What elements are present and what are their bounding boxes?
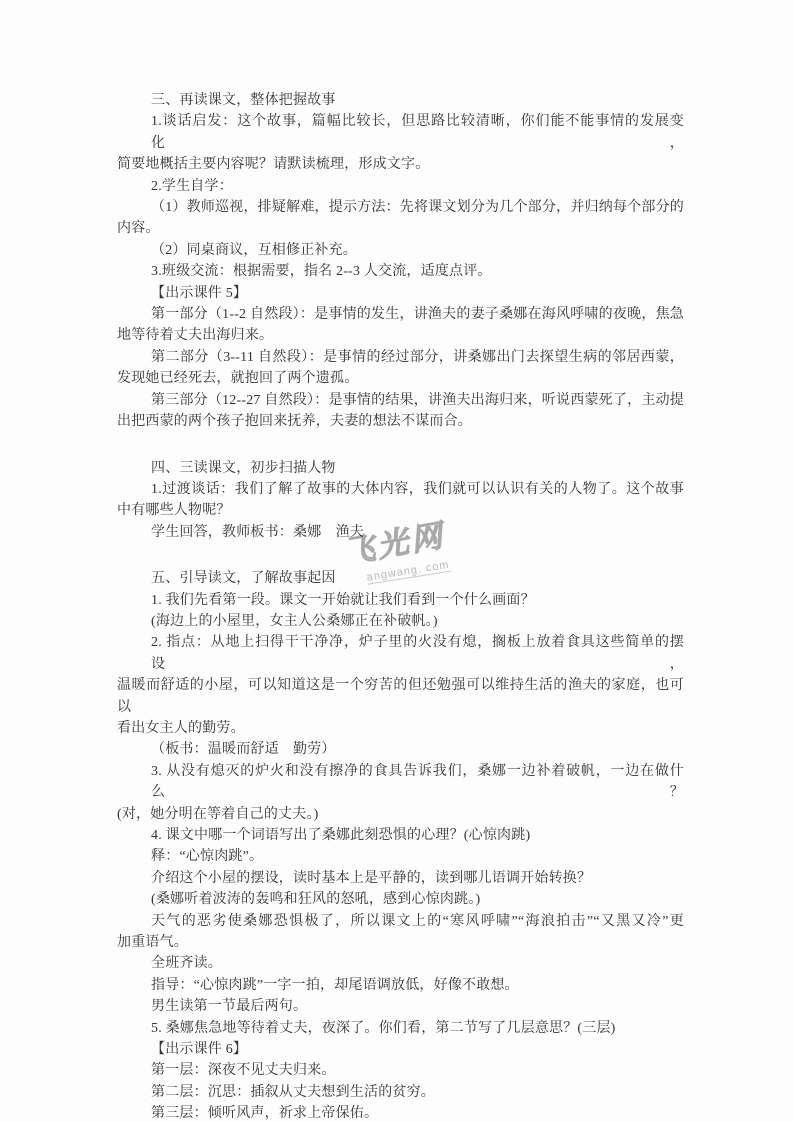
text-line: 简要地概括主要内容呢？请默读梳理，形成文字。 [117,154,684,175]
text-line: 内容。 [117,218,684,239]
text-line: 第二层：沉思：插叙从丈夫想到生活的贫穷。 [117,1082,684,1103]
text-line: 1.过渡谈话：我们了解了故事的大体内容，我们就可以认识有关的人物了。这个故事 [117,479,684,500]
text-line: 1.谈话启发：这个故事，篇幅比较长，但思路比较清晰，你们能不能事情的发展变化， [117,111,684,154]
text-line: 发现她已经死去，就抱回了两个遗孤。 [117,368,684,389]
text-line: 地等待着丈夫出海归来。 [117,325,684,346]
text-line: 第一部分（1--2 自然段）：是事情的发生，讲渔夫的妻子桑娜在海风呼啸的夜晚，焦… [117,304,684,325]
text-line: 加重语气。 [117,932,684,953]
text-line: （1）教师巡视，排疑解难，提示方法：先将课文划分为几个部分，并归纳每个部分的 [117,197,684,218]
text-line: 5. 桑娜焦急地等待着丈夫，夜深了。你们看，第二节写了几层意思？(三层) [117,1018,684,1039]
blank-line [117,433,684,458]
text-line: 第三部分（12--27 自然段）：是事情的结果，讲渔夫出海归来，听说西蒙死了，主… [117,390,684,411]
text-line: （2）同桌商议，互相修正补充。 [117,240,684,261]
text-line: 男生读第一节最后两句。 [117,996,684,1017]
text-line: 指导：“心惊肉跳”一字一拍，却尾语调放低，好像不敢想。 [117,975,684,996]
text-line: (对，她分明在等着自己的丈夫。) [117,804,684,825]
text-line: 中有哪些人物呢？ [117,500,684,521]
text-line: 五、引导读文，了解故事起因 [117,568,684,589]
blank-line [117,543,684,568]
text-line: (桑娜听着波涛的轰鸣和狂风的怒吼，感到心惊肉跳。) [117,889,684,910]
text-line: 第三层：倾听风声，祈求上帝保佑。 [117,1103,684,1122]
text-line: 4. 课文中哪一个词语写出了桑娜此刻恐惧的心理？(心惊肉跳) [117,825,684,846]
text-line: （板书：温暖而舒适 勤劳） [117,739,684,760]
text-line: 【出示课件 6】 [117,1039,684,1060]
text-line: 3. 从没有熄灭的炉火和没有擦净的食具告诉我们，桑娜一边补着破帆，一边在做什么？ [117,761,684,804]
text-line: (海边上的小屋里，女主人公桑娜正在补破帆。) [117,611,684,632]
text-line: 学生回答，教师板书：桑娜 渔夫 [117,522,684,543]
text-line: 2.学生自学： [117,176,684,197]
text-line: 四、三读课文，初步扫描人物 [117,458,684,479]
text-block: 三、再读课文，整体把握故事1.谈话启发：这个故事，篇幅比较长，但思路比较清晰，你… [117,90,684,1122]
text-line: 天气的恶劣使桑娜恐惧极了，所以课文上的“寒风呼啸”“海浪拍击”“又黑又冷”更 [117,911,684,932]
text-line: 【出示课件 5】 [117,283,684,304]
text-line: 释：“心惊肉跳”。 [117,846,684,867]
text-line: 介绍这个小屋的摆设，读时基本上是平静的，读到哪儿语调开始转换？ [117,868,684,889]
text-line: 看出女主人的勤劳。 [117,718,684,739]
text-line: 全班齐读。 [117,953,684,974]
document-page: 飞光网 angwang. com 三、再读课文，整体把握故事1.谈话启发：这个故… [0,0,793,1122]
text-line: 3.班级交流：根据需要，指名 2--3 人交流，适度点评。 [117,261,684,282]
text-line: 2. 指点：从地上扫得干干净净，炉子里的火没有熄，搁板上放着食具这些简单的摆设， [117,632,684,675]
text-line: 1. 我们先看第一段。课文一开始就让我们看到一个什么画面？ [117,590,684,611]
text-line: 温暖而舒适的小屋，可以知道这是一个穷苦的但还勉强可以维持生活的渔夫的家庭，也可以 [117,675,684,718]
text-line: 三、再读课文，整体把握故事 [117,90,684,111]
text-line: 第一层：深夜不见丈夫归来。 [117,1060,684,1081]
text-line: 第二部分（3--11 自然段）：是事情的经过部分，讲桑娜出门去探望生病的邻居西蒙… [117,347,684,368]
text-line: 出把西蒙的两个孩子抱回来抚养，夫妻的想法不谋而合。 [117,411,684,432]
